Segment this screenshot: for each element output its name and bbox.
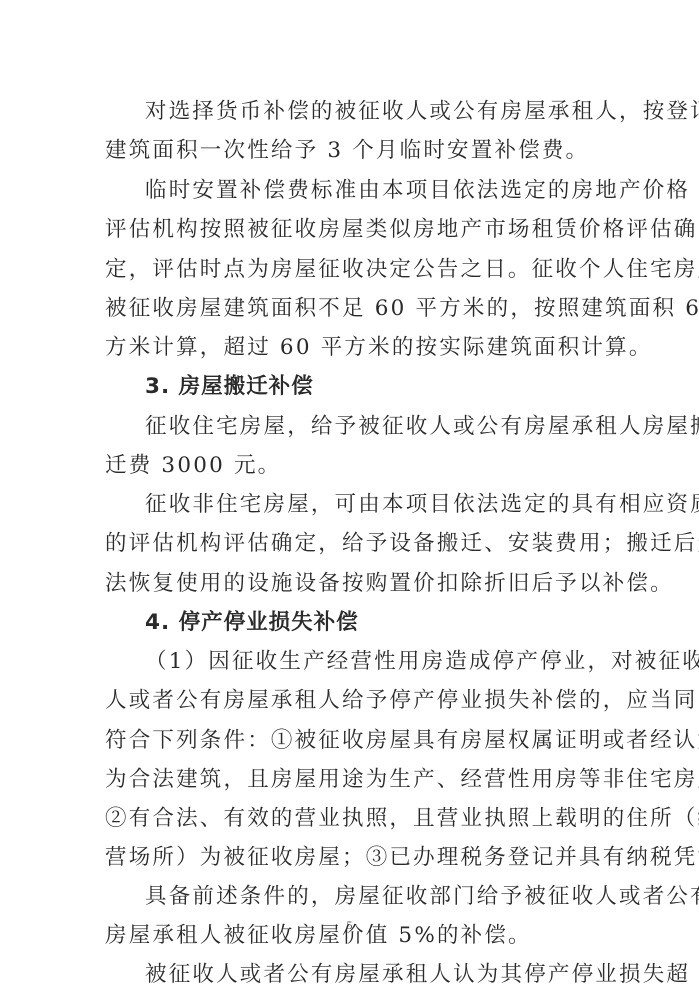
paragraph-line: 被征收房屋建筑面积不足 60 平方米的，按照建筑面积 60 平 [105, 289, 595, 328]
paragraph-line: 符合下列条件：①被征收房屋具有房屋权属证明或者经认定 [105, 721, 595, 760]
paragraph-line: 迁费 3000 元。 [105, 446, 595, 485]
document-page: 对选择货币补偿的被征收人或公有房屋承租人，按登记 建筑面积一次性给予 3 个月临… [0, 0, 699, 989]
paragraph-line: 方米计算，超过 60 平方米的按实际建筑面积计算。 [105, 328, 595, 367]
paragraph-line: 评估机构按照被征收房屋类似房地产市场租赁价格评估确 [105, 210, 595, 249]
paragraph-line: 人或者公有房屋承租人给予停产停业损失补偿的，应当同时 [105, 681, 595, 720]
paragraph-line: 征收住宅房屋，给予被征收人或公有房屋承租人房屋搬 [145, 407, 595, 446]
paragraph-line: 临时安置补偿费标准由本项目依法选定的房地产价格 [145, 171, 595, 210]
paragraph-line: 的评估机构评估确定，给予设备搬迁、安装费用；搬迁后无 [105, 524, 595, 563]
paragraph-line: 征收非住宅房屋，可由本项目依法选定的具有相应资质 [145, 485, 595, 524]
paragraph-line: 定，评估时点为房屋征收决定公告之日。征收个人住宅房屋， [105, 250, 595, 289]
paragraph-line: 法恢复使用的设施设备按购置价扣除折旧后予以补偿。 [105, 564, 595, 603]
paragraph-line: 营场所）为被征收房屋；③已办理税务登记并具有纳税凭证。 [105, 838, 595, 877]
section-heading-4: 4. 停产停业损失补偿 [145, 603, 595, 642]
paragraph-line: 建筑面积一次性给予 3 个月临时安置补偿费。 [105, 131, 595, 170]
paragraph-line: 对选择货币补偿的被征收人或公有房屋承租人，按登记 [145, 92, 595, 131]
paragraph-line: 为合法建筑，且房屋用途为生产、经营性用房等非住宅房屋； [105, 760, 595, 799]
paragraph-line: 被征收人或者公有房屋承租人认为其停产停业损失超 [145, 955, 595, 989]
page-number: 5 [0, 918, 699, 933]
paragraph-line: ②有合法、有效的营业执照，且营业执照上载明的住所（经 [105, 799, 595, 838]
paragraph-line: （1）因征收生产经营性用房造成停产停业，对被征收 [145, 642, 595, 681]
section-heading-3: 3. 房屋搬迁补偿 [145, 367, 595, 406]
paragraph-line: 具备前述条件的，房屋征收部门给予被征收人或者公有 [145, 877, 595, 916]
